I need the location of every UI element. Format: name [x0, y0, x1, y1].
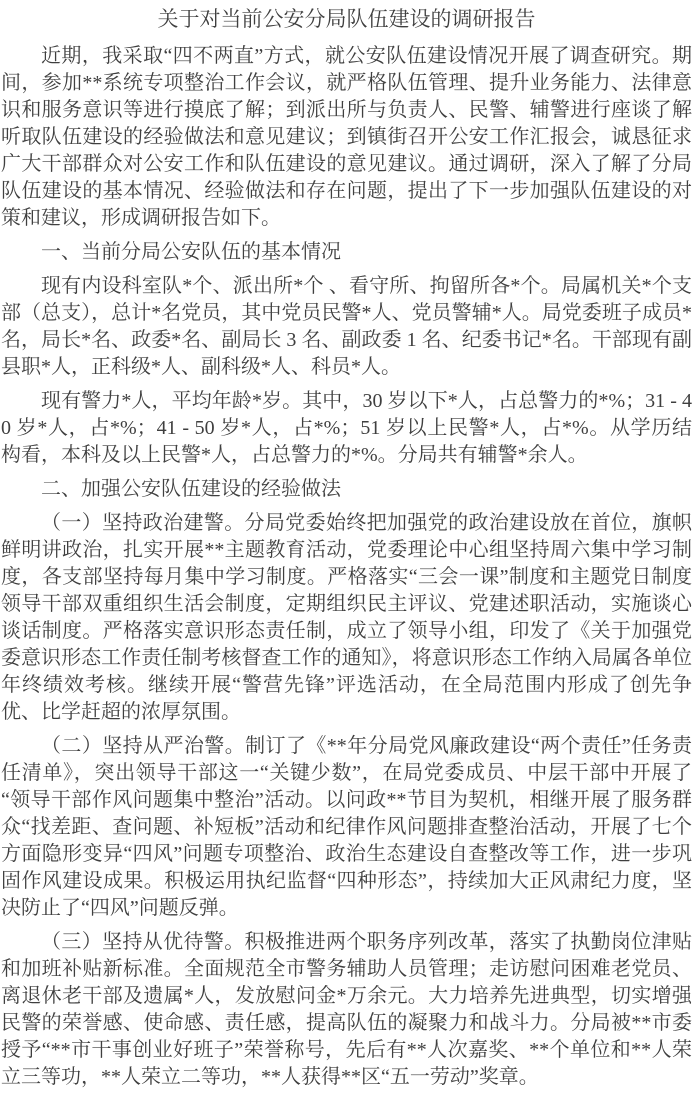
section-2-heading: 二、加强公安队伍建设的经验做法 — [1, 476, 692, 503]
strict-discipline-paragraph: （二）坚持从严治警。制订了《**年分局党风廉政建设“两个责任”任务责任清单》，突… — [1, 733, 692, 922]
report-title: 关于对当前公安分局队伍建设的调研报告 — [1, 5, 692, 33]
welfare-paragraph: （三）坚持从优待警。积极推进两个职务序列改革，落实了执勤岗位津贴和加班补贴新标准… — [1, 929, 692, 1091]
section-1-heading: 一、当前分局公安队伍的基本情况 — [1, 239, 692, 266]
political-building-paragraph: （一）坚持政治建警。分局党委始终把加强党的政治建设放在首位，旗帜鲜明讲政治，扎实… — [1, 510, 692, 726]
intro-paragraph: 近期，我采取“四不两直”方式，就公安队伍建设情况开展了调查研究。期间，参加**系… — [1, 43, 692, 232]
police-stats-paragraph: 现有警力*人，平均年龄*岁。其中，30 岁以下*人，占总警力的*%；31 - 4… — [1, 388, 692, 469]
report-page: 关于对当前公安分局队伍建设的调研报告 近期，我采取“四不两直”方式，就公安队伍建… — [0, 0, 693, 1097]
basic-info-paragraph: 现有内设科室队*个、派出所*个 、看守所、拘留所各*个。局属机关*个支部（总支）… — [1, 273, 692, 381]
